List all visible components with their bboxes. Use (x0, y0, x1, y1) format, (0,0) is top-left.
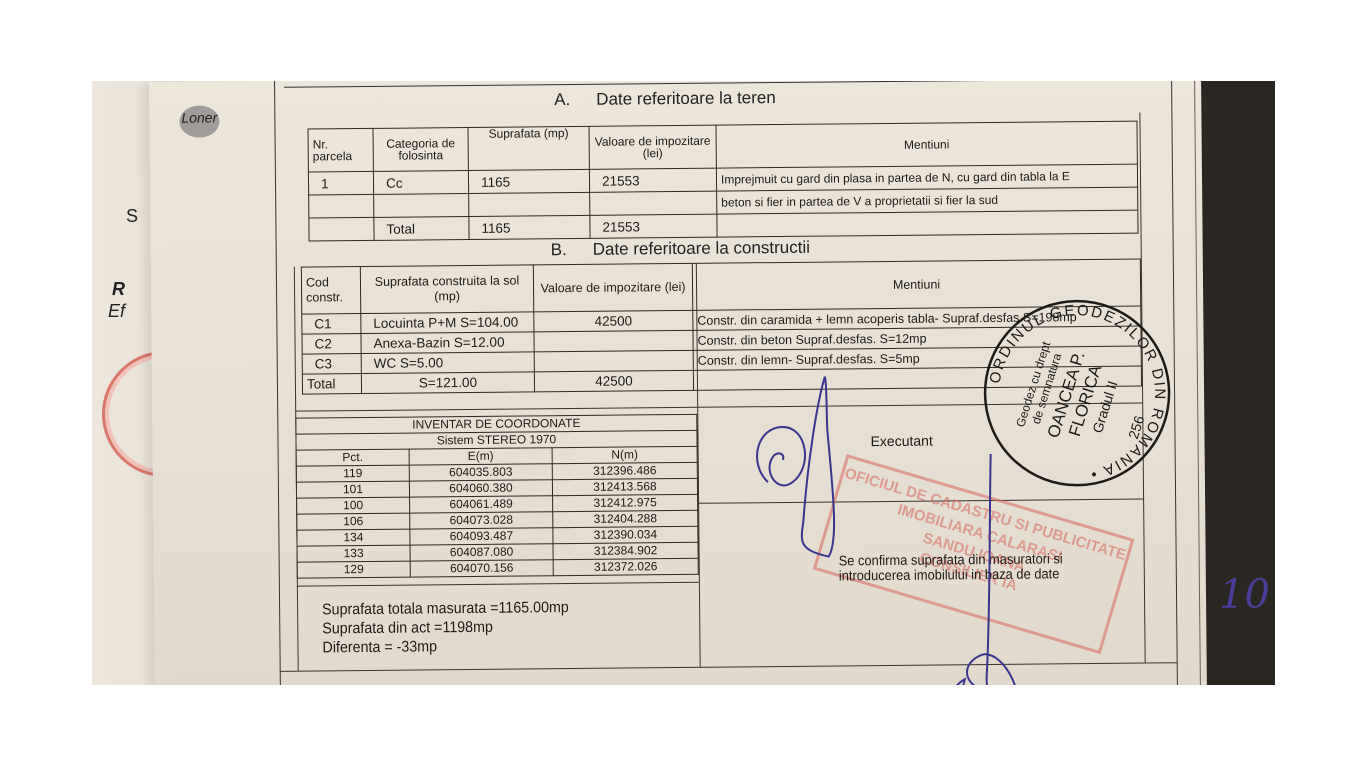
construction-table: Cod constr. Suprafata construita la sol … (301, 259, 1142, 395)
back-fragment: R (112, 279, 125, 300)
activation-watermark: Win (1345, 754, 1364, 766)
row-divider (297, 582, 699, 587)
header-mentiuni: Mentiuni (716, 121, 1137, 168)
confirmation-text: Se confirma suprafata din masuratori si … (839, 551, 1063, 583)
cadastral-sheet: Loner A.Date referitoare la teren Nr. pa… (149, 81, 1207, 685)
header-valoare: Valoare de impozitare (lei) (533, 263, 692, 312)
punch-hole: Loner (179, 105, 219, 137)
margin-line (1171, 81, 1178, 685)
handwritten-page-number: 10 (1219, 571, 1270, 617)
document-photo: S R Ef Loner A.Date referitoare la teren… (92, 81, 1275, 685)
row-divider (295, 403, 1142, 412)
margin-line (1194, 81, 1201, 685)
area-difference: Diferenta = -33mp (322, 636, 569, 657)
svg-text:256: 256 (1125, 413, 1147, 440)
table-row: 129604070.156312372.026 (297, 558, 698, 578)
measured-area: Suprafata totala masurata =1165.00mp (322, 598, 569, 619)
executant-label: Executant (870, 433, 932, 450)
section-a-title: A.Date referitoare la teren (554, 88, 776, 110)
act-area: Suprafata din act =1198mp (322, 617, 569, 638)
header-cod: Cod constr. (301, 267, 360, 315)
land-table: Nr. parcela Categoria de folosinta Supra… (308, 121, 1139, 242)
header-categoria: Categoria de folosinta (373, 128, 468, 172)
area-summary: Suprafata totala masurata =1165.00mp Sup… (322, 598, 569, 657)
margin-line (274, 81, 281, 685)
bottom-border (280, 662, 1178, 672)
back-fragment: S (126, 206, 138, 227)
column-divider (1139, 113, 1145, 663)
header-suprafata-construita: Suprafata construita la sol (mp) (360, 265, 533, 314)
section-b-title: B.Date referitoare la constructii (551, 238, 811, 260)
top-border (284, 81, 1139, 88)
svg-text:Gradul II: Gradul II (1089, 379, 1120, 435)
back-fragment: Ef (108, 301, 125, 322)
header-suprafata: Suprafata (mp) (468, 126, 589, 170)
header-mentiuni: Mentiuni (692, 259, 1140, 310)
header-valoare: Valoare de impozitare (lei) (589, 125, 716, 169)
header-nr-parcela: Nr. parcela (308, 128, 373, 172)
coordinates-table: INVENTAR DE COORDONATE Sistem STEREO 197… (295, 414, 699, 579)
